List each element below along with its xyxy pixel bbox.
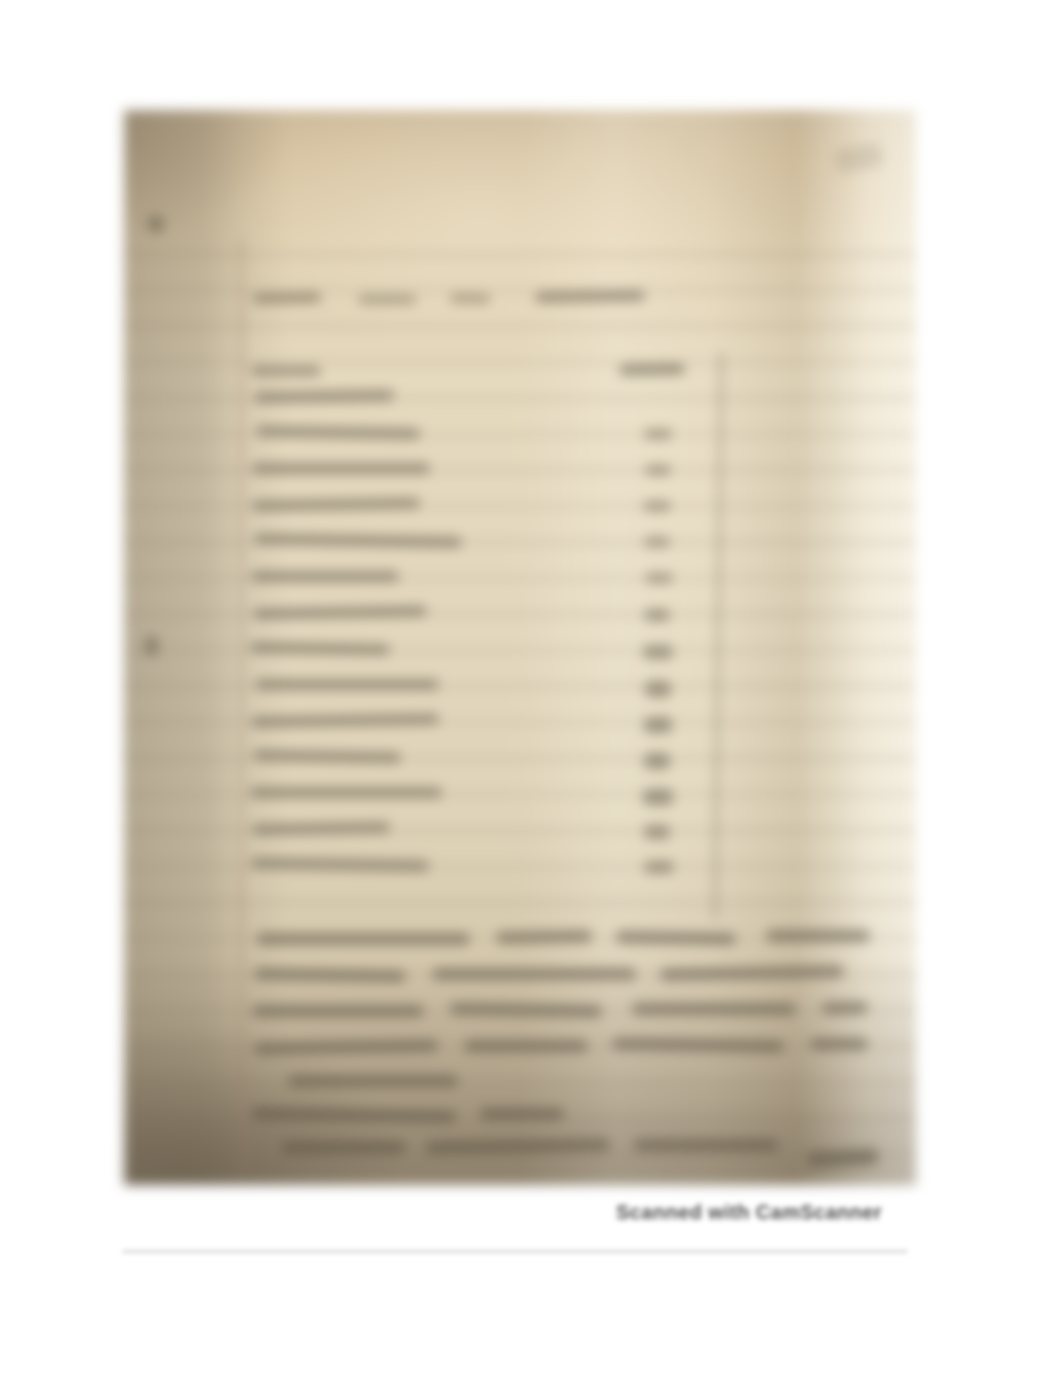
handwriting-stroke: [432, 968, 636, 980]
handwriting-stroke: [252, 463, 430, 474]
handwriting-stroke: [251, 366, 321, 376]
handwriting-stroke: [255, 679, 439, 690]
handwriting-stroke: [645, 465, 671, 475]
paper-sheet: [124, 110, 916, 1185]
handwriting-stroke: [644, 429, 672, 439]
handwriting-stroke: [644, 717, 672, 733]
handwriting-stroke: [644, 825, 670, 839]
scanner-watermark: Scanned with CamScanner: [616, 1202, 882, 1225]
handwriting-stroke: [358, 295, 416, 304]
handwriting-stroke: [464, 1040, 588, 1052]
handwriting-stroke: [253, 292, 321, 303]
page-background: Scanned with CamScanner: [0, 0, 1062, 1377]
handwriting-stroke: [282, 1141, 406, 1153]
handwriting-stroke: [645, 681, 671, 697]
handwriting-stroke: [634, 1139, 778, 1151]
handwriting-stroke: [252, 1005, 424, 1017]
handwriting-stroke: [256, 933, 470, 945]
handwriting-stroke: [496, 930, 592, 944]
handwriting-stroke: [480, 1108, 564, 1120]
handwriting-stroke: [535, 290, 645, 303]
handwriting-stroke: [288, 1075, 458, 1087]
handwriting-stroke: [250, 787, 442, 798]
handwriting-stroke: [632, 1003, 796, 1015]
handwriting-stroke: [822, 1002, 868, 1015]
handwriting-stroke: [644, 861, 674, 873]
handwriting-stroke: [645, 573, 673, 583]
handwriting-stroke: [450, 294, 490, 304]
handwriting-stroke: [644, 537, 670, 547]
handwriting-stroke: [145, 636, 158, 656]
handwriting-stroke: [766, 930, 870, 942]
handwriting-stroke: [619, 363, 685, 375]
handwriting-stroke: [616, 931, 736, 945]
handwriting-stroke: [643, 789, 673, 805]
handwriting-stroke: [644, 609, 670, 621]
scanned-document-photo: [124, 110, 916, 1185]
handwriting-stroke: [643, 645, 673, 659]
paper-margin-line: [240, 238, 244, 1178]
handwriting-stroke: [251, 571, 399, 582]
handwriting-stroke: [148, 216, 164, 232]
handwriting-stroke: [810, 1038, 868, 1050]
handwriting-stroke: [644, 753, 670, 769]
handwriting-stroke: [643, 501, 671, 511]
page-divider: [122, 1249, 908, 1254]
